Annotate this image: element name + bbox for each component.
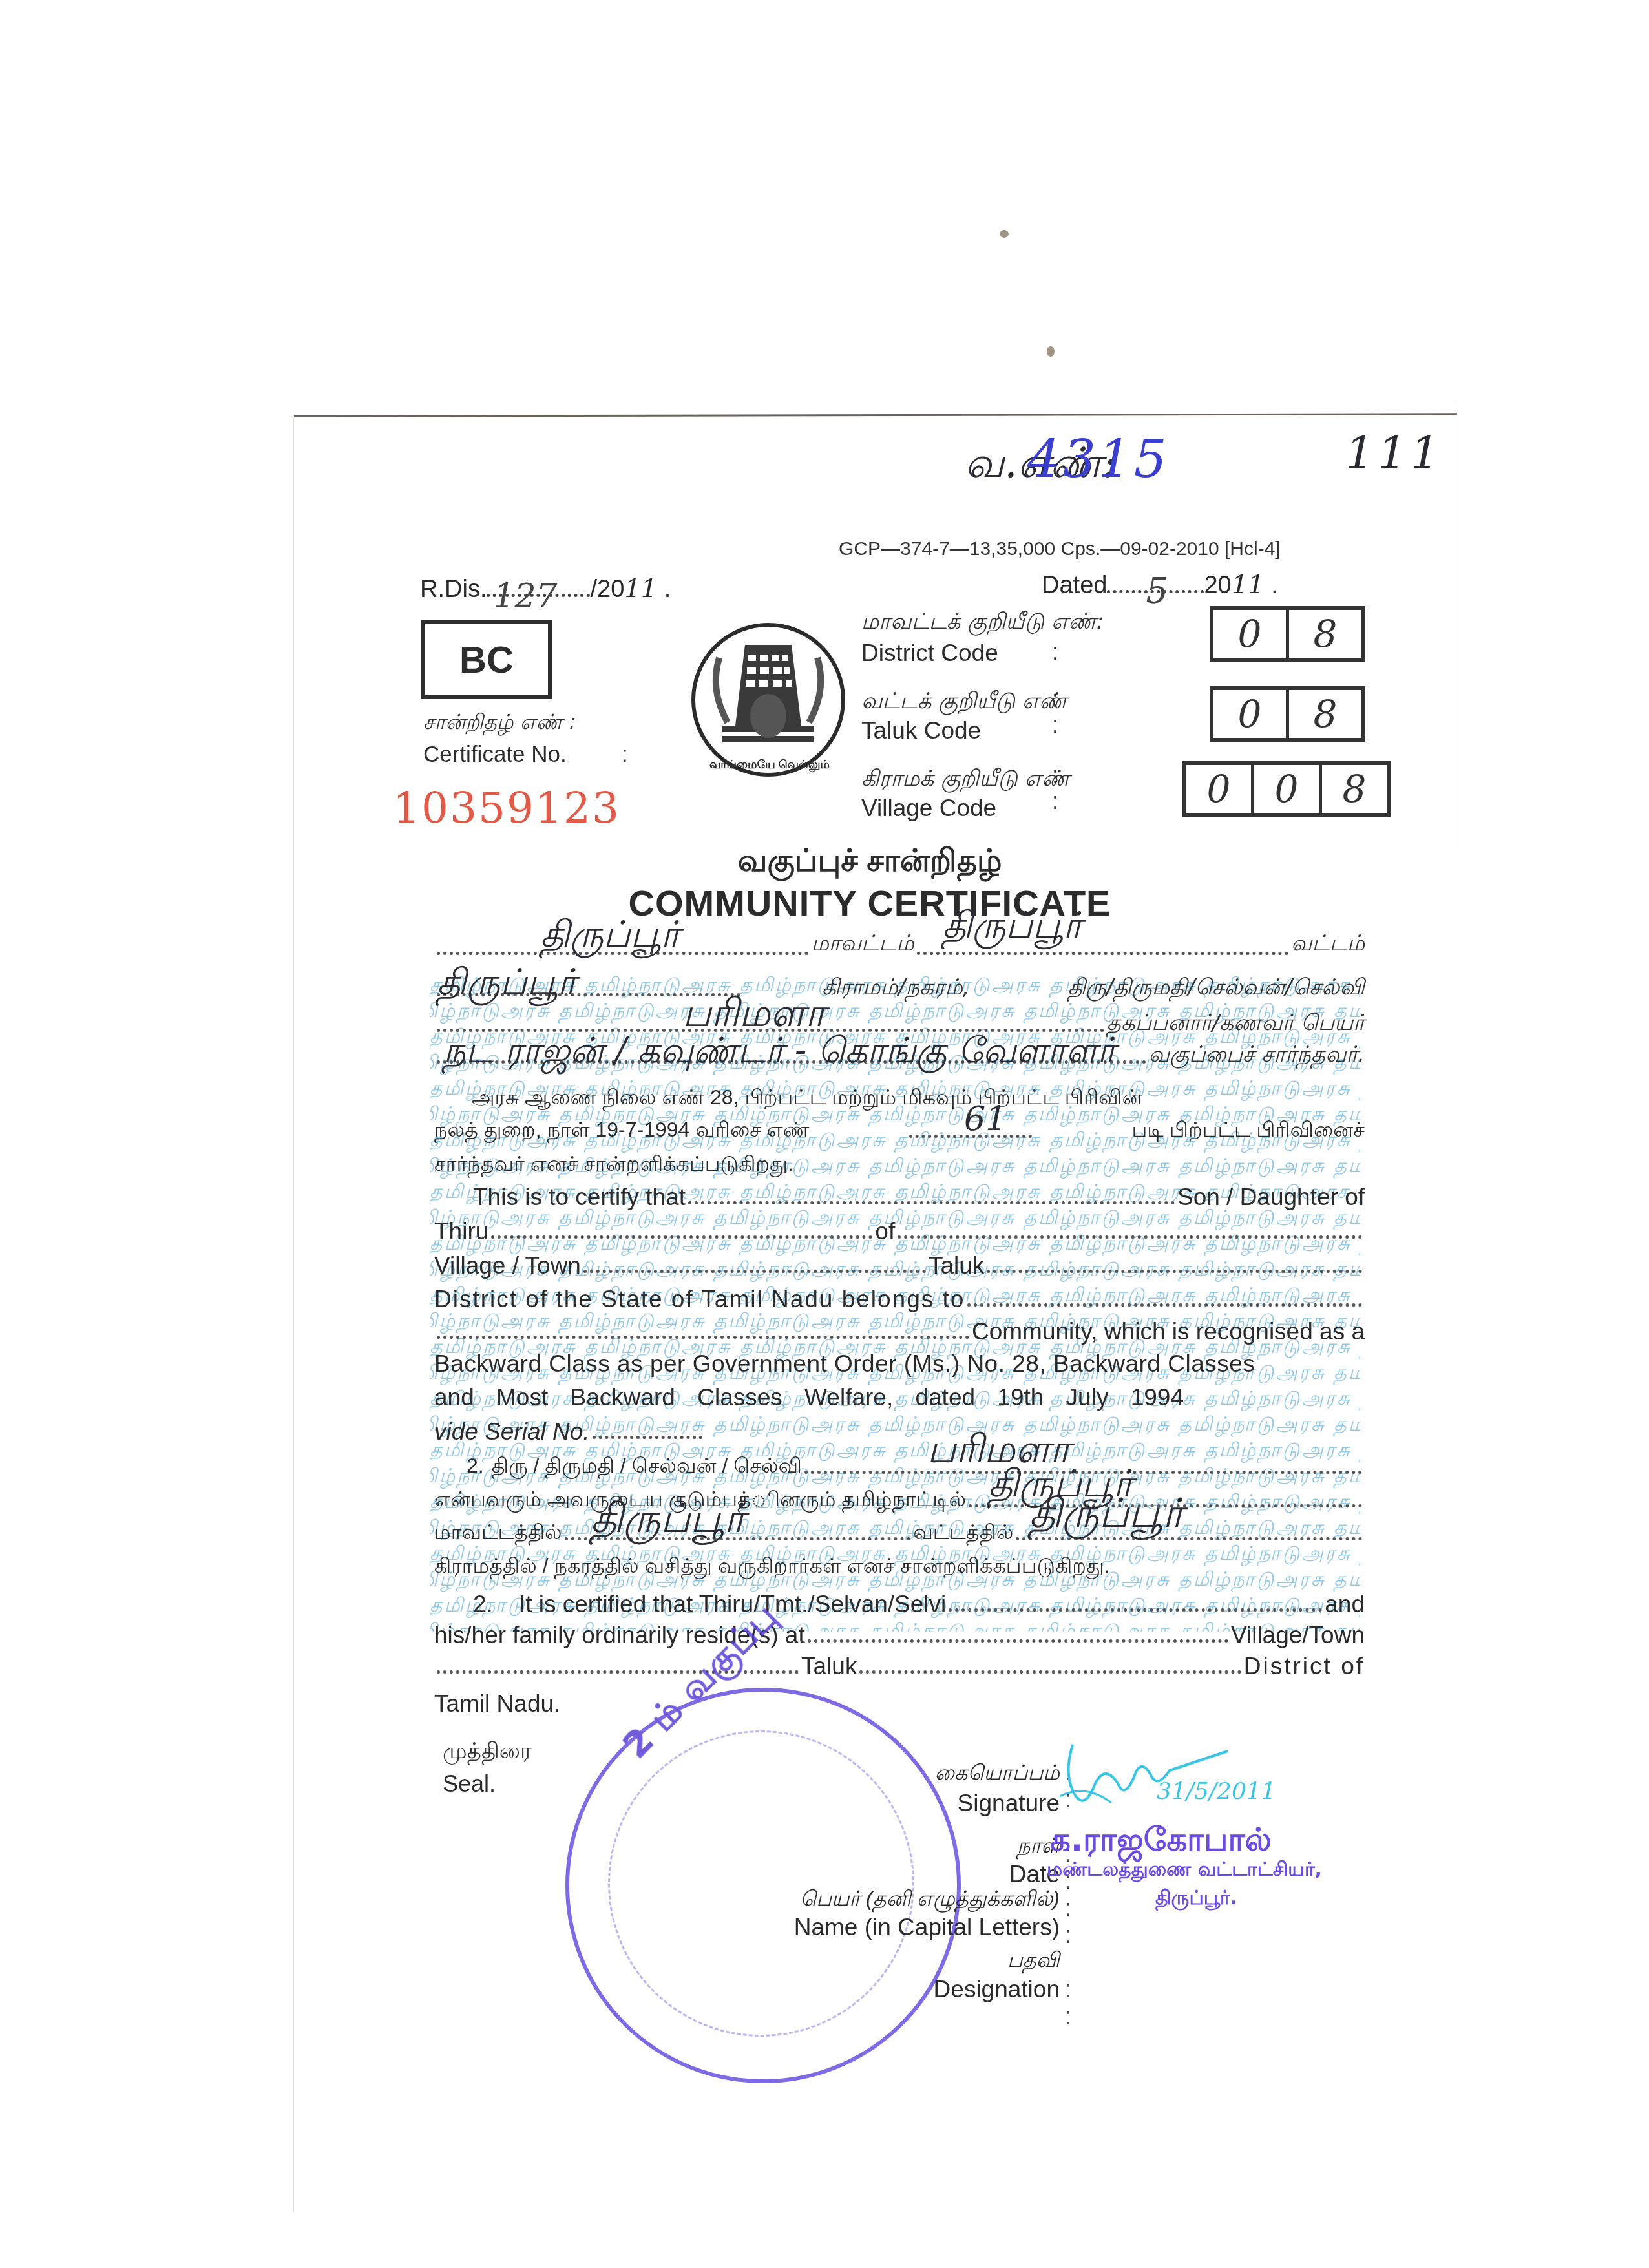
- dust-speck: [1047, 346, 1055, 357]
- official-stamp-name: க.ராஜகோபால்: [1050, 1821, 1272, 1863]
- district-code-label-ta: மாவட்டக் குறியீடு எண்:: [861, 609, 1104, 637]
- paper-right-edge: [1456, 401, 1456, 853]
- go-line-3: சார்ந்தவர் எனச் சான்றளிக்கப்படுகிறது.: [434, 1152, 1365, 1179]
- english-line-3-mid: Taluk: [929, 1252, 984, 1279]
- tamil-line-district-taluk: திருப்பூர் மாவட்டம் திருப்பூர் வட்டம்: [434, 930, 1365, 959]
- certificate-number: 10359123: [393, 783, 620, 833]
- dated-day: 5: [1146, 571, 1168, 611]
- certificate-no-label-ta: சான்றிதழ் எண் :: [423, 709, 576, 737]
- residence-ta-number: 2.: [467, 1454, 484, 1480]
- district-code-digit: 0: [1213, 610, 1289, 658]
- taluk-code-digit: 8: [1289, 690, 1361, 738]
- english-line-4: District of the State of Tamil Nadu belo…: [434, 1286, 1365, 1313]
- residence-ta-honorifics: திரு / திருமதி / செல்வன் / செல்வி: [492, 1454, 802, 1480]
- village-hand: திருப்பூர்: [437, 961, 576, 1008]
- signature-date-hand: 31/5/2011: [1157, 1778, 1276, 1805]
- village-code-colon: ::: [1052, 762, 1058, 814]
- residence-en-number: 2.: [473, 1591, 493, 1618]
- residence-en-line-3-mid: Taluk: [801, 1653, 857, 1680]
- official-stamp-designation: மண்டலத்துணை வட்டாட்சியர்,: [1047, 1858, 1322, 1884]
- seal-label-en: Seal.: [443, 1770, 496, 1798]
- english-line-1: This is to certify that Son / Daughter o…: [434, 1184, 1365, 1211]
- dated-year-hand: 11: [1232, 570, 1265, 600]
- residence-ta-district-label: மாவட்டத்தில்: [434, 1520, 562, 1547]
- english-line-6: Backward Class as per Government Order (…: [434, 1350, 1365, 1378]
- village-code-label-en: Village Code: [861, 795, 996, 822]
- designation-label-ta: பதவி: [711, 1948, 1060, 1975]
- serial-hand: 61: [964, 1100, 1007, 1139]
- paper-top-edge: [294, 413, 1457, 417]
- official-stamp-place: திருப்பூர்.: [1155, 1887, 1237, 1912]
- english-line-1-suffix: Son / Daughter of: [1177, 1184, 1365, 1211]
- rdis-label: R.Dis.: [420, 576, 487, 603]
- taluk-label: வட்டம்: [1291, 930, 1365, 959]
- english-line-4-text: District of the State of Tamil Nadu belo…: [434, 1286, 965, 1313]
- print-code: GCP—374-7—13,35,000 Cps.—09-02-2010 [Hcl…: [839, 538, 1281, 560]
- tamil-line-community: நட ராஜன் / கவுண்டர் - கொங்கு வேளாளர் வகு…: [434, 1042, 1365, 1070]
- residence-ta-line-3: மாவட்டத்தில் திருப்பூர் வட்டத்தில் திருப…: [434, 1520, 1365, 1547]
- dated-year-prefix: 20: [1204, 572, 1231, 599]
- name-label-en: Name (in Capital Letters): [646, 1914, 1060, 1941]
- go-line-2: நலத் துறை, நாள் 19-7-1994 வரிசை எண் 61 ப…: [434, 1118, 1365, 1144]
- signature-label-ta: கையொப்பம்: [711, 1761, 1060, 1787]
- paper-left-edge: [293, 417, 294, 2213]
- designation-label-en: Designation: [711, 1976, 1060, 2003]
- english-line-3: Village / Town Taluk: [434, 1252, 1365, 1279]
- english-line-3-prefix: Village / Town: [434, 1252, 581, 1279]
- english-line-2-mid: of: [875, 1218, 895, 1245]
- father-label: தகப்பனார்/கணவர் பெயர்: [1107, 1010, 1365, 1038]
- residence-ta-taluk-hand: திருப்பூர்: [1029, 1489, 1183, 1542]
- residence-en-line-1-suffix: and: [1325, 1591, 1365, 1618]
- residence-ta-district-hand: திருப்பூர்: [591, 1495, 745, 1548]
- emblem-motto: வாய்மையே வெல்லும்: [708, 758, 831, 773]
- name-label-ta: பெயர் (தனி எழுத்துக்களில்): [646, 1887, 1060, 1913]
- dust-speck: [1000, 230, 1009, 238]
- district-code-label-en: District Code: [861, 640, 998, 667]
- village-code-label-ta: கிராமக் குறியீடு எண்: [861, 766, 1069, 794]
- district-hand: திருப்பூர்: [540, 914, 680, 960]
- english-line-2-prefix: Thiru: [434, 1218, 488, 1245]
- tamil-nadu-emblem: வாய்மையே வெல்லும்: [684, 619, 853, 788]
- community-label: வகுப்பைச் சார்ந்தவர்.: [1149, 1042, 1365, 1070]
- english-line-8: vide Serial No.: [434, 1418, 1365, 1445]
- register-number: 4315: [1027, 429, 1170, 489]
- taluk-code-label-ta: வட்டக் குறியீடு எண்: [861, 688, 1067, 717]
- go-line-1: அரசு ஆணை நிலை எண் 28, பிற்பட்ட மற்றும் ம…: [472, 1086, 1365, 1112]
- village-code-digit: 0: [1254, 765, 1322, 813]
- register-suffix: 111: [1345, 426, 1444, 479]
- taluk-code-colon: ::: [1052, 686, 1058, 738]
- english-line-2: Thiru of: [434, 1218, 1365, 1245]
- residence-en-line-4: Tamil Nadu.: [434, 1690, 1365, 1717]
- english-line-5: Community, which is recognised as a: [434, 1318, 1365, 1345]
- taluk-code-label-en: Taluk Code: [861, 717, 981, 744]
- dated-label: Dated: [1042, 572, 1107, 599]
- english-line-1-prefix: This is to certify that: [473, 1184, 686, 1211]
- taluk-code-digit: 0: [1213, 690, 1289, 738]
- residence-ta-line-4: கிராமத்தில் / நகரத்தில் வசித்து வருகிறார…: [434, 1554, 1365, 1580]
- honorifics-label: திரு/திருமதி/செல்வன்/செல்வி: [1067, 974, 1365, 1003]
- community-hand: நட ராஜன் / கவுண்டர் - கொங்கு வேளாளர்: [443, 1030, 1115, 1076]
- category-badge: BC: [421, 620, 552, 699]
- district-code-box[interactable]: 0 8: [1210, 606, 1365, 662]
- district-code-digit: 8: [1289, 610, 1361, 658]
- rdis-number: 127: [493, 577, 557, 616]
- district-label: மாவட்டம்: [811, 930, 914, 959]
- village-code-digit: 8: [1322, 765, 1387, 813]
- residence-en-line-2-suffix: Village/Town: [1231, 1622, 1365, 1649]
- residence-en-line-3: Taluk District of: [434, 1653, 1365, 1680]
- dated-field: Dated52011 .: [1042, 570, 1278, 600]
- village-code-box[interactable]: 0 0 8: [1182, 761, 1391, 817]
- rdis-field: R.Dis.127/2011 .: [420, 574, 671, 604]
- title-tamil: வகுப்புச் சான்றிதழ்: [0, 843, 1649, 883]
- date-label-en: Date: [711, 1861, 1060, 1888]
- residence-en-line-2: his/her family ordinarily reside(s) at V…: [434, 1622, 1365, 1649]
- english-line-5-suffix: Community, which is recognised as a: [972, 1318, 1365, 1345]
- title-english: COMMUNITY CERTIFICATE: [0, 882, 1649, 924]
- tamil-line-village: திருப்பூர் கிராமம்/நகரம், திரு/திருமதி/ச…: [434, 974, 1365, 1003]
- residence-en-line-1: 2. It is certified that Thiru/Tmt./Selva…: [434, 1591, 1365, 1618]
- village-code-digit: 0: [1186, 765, 1254, 813]
- go-line-2-prefix: நலத் துறை, நாள் 19-7-1994 வரிசை எண்: [434, 1118, 809, 1144]
- residence-en-line-1-prefix: It is certified that Thiru/Tmt./Selvan/S…: [519, 1591, 946, 1618]
- village-label: கிராமம்/நகரம்,: [822, 974, 970, 1003]
- certificate-no-label-en: Certificate No.: [423, 742, 567, 768]
- signature-label-en: Signature: [711, 1790, 1060, 1817]
- date-label-ta: நாள்: [711, 1834, 1060, 1860]
- certificate-no-colon: :: [622, 742, 628, 768]
- go-line-2-suffix: படி பிற்பட்ட பிரிவினைச்: [1132, 1118, 1365, 1144]
- rdis-year-hand: 11: [624, 574, 657, 604]
- residence-ta-taluk-label: வட்டத்தில்: [913, 1520, 1013, 1547]
- english-line-7: and Most Backward Classes Welfare, dated…: [434, 1384, 1365, 1411]
- residence-ta-line-2: என்பவரும் அவருடைய குடும்பத்ினரும் தமிழ்ந…: [434, 1487, 1365, 1514]
- rdis-year-prefix: /20: [590, 576, 624, 603]
- residence-en-line-3-suffix: District of: [1244, 1653, 1365, 1680]
- seal-label-ta: முத்திரை: [443, 1738, 532, 1767]
- taluk-code-box[interactable]: 0 8: [1210, 686, 1365, 742]
- taluk-hand: திருப்பூர்: [943, 905, 1082, 951]
- district-code-colon: :: [1052, 638, 1058, 666]
- english-line-8-text: vide Serial No.: [434, 1418, 590, 1445]
- residence-ta-line-1: 2. திரு / திருமதி / செல்வன் / செல்வி பரி…: [434, 1454, 1365, 1480]
